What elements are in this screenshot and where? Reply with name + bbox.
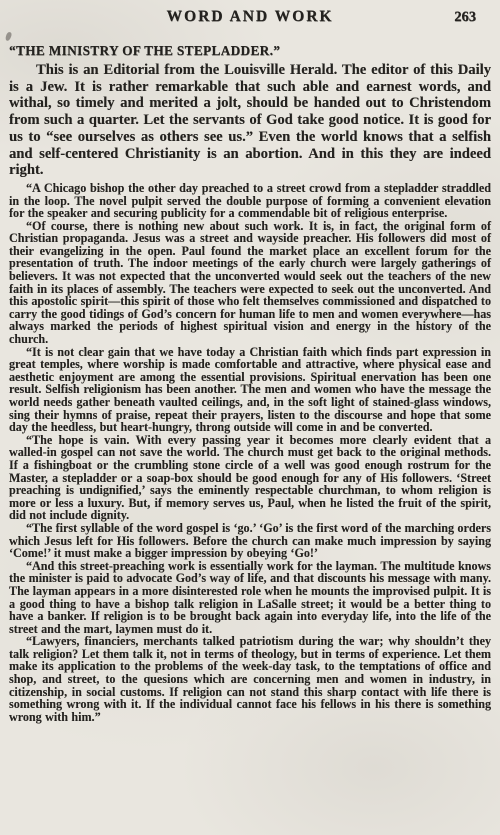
page-number: 263 [454, 9, 476, 26]
scanned-page: WORD AND WORK 263 “THE MINISTRY OF THE S… [0, 0, 500, 835]
intro-paragraph: This is an Editorial from the Louisville… [9, 62, 491, 179]
editorial-paragraph: “It is not clear gain that we have today… [9, 346, 491, 434]
editorial-paragraphs: “A Chicago bishop the other day preached… [9, 182, 491, 724]
editorial-paragraph: “Lawyers, financiers, merchants talked p… [9, 635, 491, 723]
page-header: WORD AND WORK 263 [9, 8, 491, 30]
editorial-paragraph: “And this street-preaching work is essen… [9, 560, 491, 636]
article-title: “THE MINISTRY OF THE STEPLADDER.” [9, 43, 491, 59]
editorial-paragraph: “A Chicago bishop the other day preached… [9, 182, 491, 220]
editorial-paragraph: “The hope is vain. With every passing ye… [9, 434, 491, 522]
journal-title: WORD AND WORK [9, 8, 491, 26]
editorial-paragraph: “The first syllable of the word gospel i… [9, 522, 491, 560]
ink-speck [5, 31, 13, 41]
editorial-paragraph: “Of course, there is nothing new about s… [9, 220, 491, 346]
